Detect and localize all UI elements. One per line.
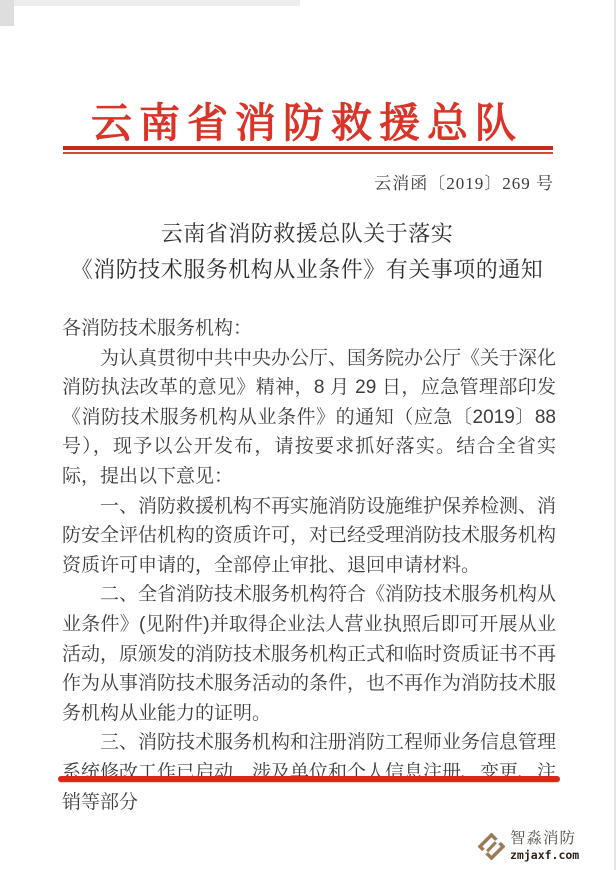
watermark-brand-domain: zmjaxf.com (510, 850, 579, 862)
letterhead-divider (63, 146, 553, 154)
scan-edge-artifact-corner (0, 0, 14, 26)
paragraph-item-1: 一、消防救援机构不再实施消防设施维护保养检测、消防安全评估机构的资质许可，对已经… (62, 492, 556, 581)
letterhead-rule-thick (63, 146, 553, 150)
notice-title-line-1: 云南省消防救援总队关于落实 (0, 216, 614, 252)
scan-edge-artifact-top (0, 0, 300, 6)
paragraph-item-3: 三、消防技术服务机构和注册消防工程师业务信息管理系统修改工作已启动，涉及单位和个… (62, 728, 556, 817)
letterhead-org-name: 云南省消防救援总队 (0, 90, 614, 149)
watermark-text-block: 智淼消防 zmjaxf.com (510, 831, 579, 861)
paragraph-item-2: 二、全省消防技术服务机构符合《消防技术服务机构从业条件》(见附件)并取得企业法人… (62, 580, 556, 728)
notice-title-line-2: 《消防技术服务机构从业条件》有关事项的通知 (0, 252, 614, 288)
salutation: 各消防技术服务机构： (62, 314, 556, 344)
paragraph-intro: 为认真贯彻中共中央办公厅、国务院办公厅《关于深化消防执法改革的意见》精神，8 月… (62, 344, 556, 492)
watermark-brand-name: 智淼消防 (510, 831, 579, 847)
red-marker-bar (58, 776, 560, 782)
document-page: 云南省消防救援总队 云消函〔2019〕269 号 云南省消防救援总队关于落实 《… (0, 0, 616, 870)
watermark-logo: 智淼消防 zmjaxf.com (478, 831, 579, 861)
letterhead-rule-thin (63, 152, 553, 154)
doc-number: 云消函〔2019〕269 号 (374, 169, 554, 194)
notice-body: 各消防技术服务机构： 为认真贯彻中共中央办公厅、国务院办公厅《关于深化消防执法改… (62, 314, 556, 817)
notice-title: 云南省消防救援总队关于落实 《消防技术服务机构从业条件》有关事项的通知 (0, 216, 614, 288)
diamond-z-logo-icon (478, 833, 505, 860)
